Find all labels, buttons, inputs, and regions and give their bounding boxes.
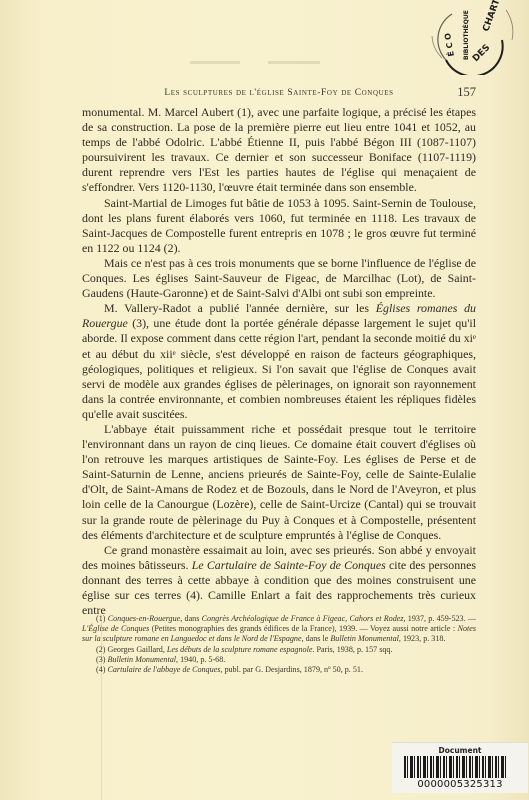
svg-text:BIBLIOTHÈQUE: BIBLIOTHÈQUE (462, 10, 470, 60)
barcode-label: Document 0000005325313 (392, 742, 528, 793)
footnote-3: (3) Bulletin Monumental, 1940, p. 5-68. (82, 655, 476, 665)
text-run: , 1923, p. 318. (399, 634, 446, 643)
text-run: (Petites monographies des grands édifice… (149, 624, 457, 633)
svg-text:CHARTES: CHARTES (481, 0, 506, 33)
text-run: . Paris, 1938, p. 157 sqq. (312, 645, 392, 654)
paragraph: Saint-Martial de Limoges fut bâtie de 10… (82, 196, 476, 256)
svg-text:DES: DES (471, 43, 492, 64)
body-text: monumental. M. Marcel Aubert (1), avec u… (82, 105, 476, 618)
paragraph: L'abbaye était puissamment riche et poss… (82, 422, 476, 543)
running-header: Les sculptures de l'église Sainte-Foy de… (82, 85, 476, 101)
footnotes: (1) Conques-en-Rouergue, dans Congrès Ar… (82, 614, 476, 675)
book-title: Le Cartulaire de Sainte-Foy de Conques (192, 558, 386, 572)
text-run: , dans le (302, 634, 331, 643)
text-run: , publ. par G. Desjardins, 1879, nº 50, … (220, 665, 363, 674)
footnote-number: (2) (96, 645, 107, 654)
footnote-number: (3) (96, 655, 107, 664)
citation-title: Bulletin Monumental (107, 655, 176, 664)
footnote-4: (4) Cartulaire de l'abbaye de Conques, p… (82, 665, 476, 675)
svg-text:É C O: É C O (441, 32, 456, 57)
paragraph: M. Vallery-Radot a publié l'année derniè… (82, 301, 476, 422)
paragraph: monumental. M. Marcel Aubert (1), avec u… (82, 105, 476, 196)
text-run: (3), une étude dont la portée générale d… (82, 316, 476, 421)
text-run: M. Vallery-Radot a publié l'année derniè… (104, 301, 376, 315)
barcode-number: 0000005325313 (392, 779, 528, 790)
citation-title: Cartulaire de l'abbaye de Conques (107, 665, 220, 674)
library-stamp: CHARTES DES BIBLIOTHÈQUE É C O (424, 0, 514, 75)
bleed-through-mark (190, 61, 240, 64)
citation-title: Les débuts de la sculpture romane espagn… (167, 645, 313, 654)
barcode-icon (404, 756, 508, 778)
running-title: Les sculptures de l'église Sainte-Foy de… (82, 88, 476, 98)
stamp-icon: CHARTES DES BIBLIOTHÈQUE É C O (424, 0, 514, 75)
barcode-title: Document (392, 746, 528, 755)
citation-title: Congrès Archéologique de France à Figeac… (202, 614, 404, 623)
footnote-1: (1) Conques-en-Rouergue, dans Congrès Ar… (82, 614, 476, 645)
text-run: , 1940, p. 5-68. (176, 655, 225, 664)
paragraph: Mais ce n'est pas à ces trois monuments … (82, 256, 476, 301)
text-run: , 1937, p. 459-523. — (404, 614, 477, 623)
footnote-number: (1) (96, 614, 108, 623)
citation-title: Conques-en-Rouergue (108, 614, 181, 623)
page-number: 157 (457, 85, 476, 100)
citation-title: L'Église de Conques (82, 624, 149, 633)
footnote-2: (2) Georges Gaillard, Les débuts de la s… (82, 645, 476, 655)
paragraph: Ce grand monastère essaimait au loin, av… (82, 543, 476, 618)
bleed-through-mark (268, 61, 320, 64)
text-run: , dans (180, 614, 201, 623)
text-run: Georges Gaillard, (107, 645, 166, 654)
citation-title: Bulletin Monumental (330, 634, 399, 643)
footnote-number: (4) (96, 665, 107, 674)
